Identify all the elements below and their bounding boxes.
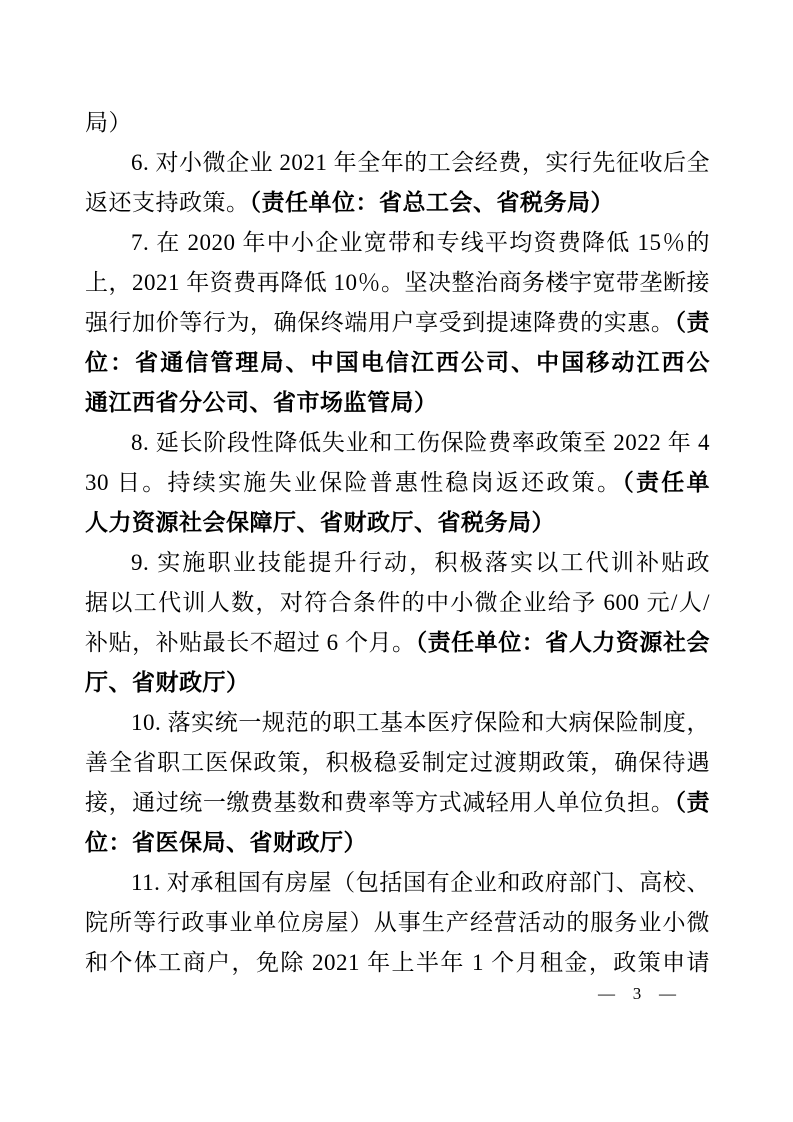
document-line: 人力资源社会保障厅、省财政厅、省税务局） <box>85 503 710 543</box>
text-segment: 11. 对承租国有房屋（包括国有企业和政府部门、高校、研究 <box>85 870 710 903</box>
document-line: 和个体工商户，免除 2021 年上半年 1 个月租金，政策申请截至 <box>85 943 710 983</box>
text-segment: 和个体工商户，免除 2021 年上半年 1 个月租金，政策申请截至 <box>85 950 710 983</box>
text-segment: （责任单位：省总工会、省税务局） <box>250 190 615 215</box>
document-line: 8. 延长阶段性降低失业和工伤保险费率政策至 2022 年 4 月 <box>85 423 710 463</box>
text-segment: 位：省医保局、省财政厅） <box>85 830 367 855</box>
document-line: 6. 对小微企业 2021 年全年的工会经费，实行先征收后全额 <box>85 143 710 183</box>
document-line: 9. 实施职业技能提升行动，积极落实以工代训补贴政策，根 <box>85 543 710 583</box>
document-line: 据以工代训人数，对符合条件的中小微企业给予 600 元/人/月的 <box>85 583 710 623</box>
document-line: 强行加价等行为，确保终端用户享受到提速降费的实惠。（责任单 <box>85 303 710 343</box>
document-line: 院所等行政事业单位房屋）从事生产经营活动的服务业小微企业 <box>85 903 710 943</box>
document-line: 接，通过统一缴费基数和费率等方式减轻用人单位负担。（责任单 <box>85 783 710 823</box>
page-number: 3 <box>633 983 642 1005</box>
text-segment: 上，2021 年资费再降低 10％。坚决整治商务楼宇宽带垄断接入、 <box>85 270 710 303</box>
text-segment: 返还支持政策。 <box>85 190 250 215</box>
document-line: 局） <box>85 103 710 143</box>
document-line: 返还支持政策。（责任单位：省总工会、省税务局） <box>85 183 710 223</box>
text-segment: 据以工代训人数，对符合条件的中小微企业给予 600 元/人/月的 <box>85 590 710 623</box>
document-line: 11. 对承租国有房屋（包括国有企业和政府部门、高校、研究 <box>85 863 710 903</box>
document-line: 位：省通信管理局、中国电信江西公司、中国移动江西公司、中国联 <box>85 343 710 383</box>
document-line: 30 日。持续实施失业保险普惠性稳岗返还政策。（责任单位：省 <box>85 463 710 503</box>
text-segment: 30 日。持续实施失业保险普惠性稳岗返还政策。 <box>85 470 622 495</box>
text-segment: 9. 实施职业技能提升行动，积极落实以工代训补贴政策，根 <box>85 550 710 583</box>
document-line: 厅、省财政厅） <box>85 663 710 703</box>
text-segment: 8. 延长阶段性降低失业和工伤保险费率政策至 2022 年 4 月 <box>85 430 710 463</box>
document-line: 善全省职工医保政策，积极稳妥制定过渡期政策，确保待遇平稳衔 <box>85 743 710 783</box>
text-segment: 接，通过统一缴费基数和费率等方式减轻用人单位负担。 <box>85 790 674 815</box>
document-line: 10. 落实统一规范的职工基本医疗保险和大病保险制度，完 <box>85 703 710 743</box>
text-segment: 善全省职工医保政策，积极稳妥制定过渡期政策，确保待遇平稳衔 <box>85 750 710 783</box>
text-segment: 人力资源社会保障厅、省财政厅、省税务局） <box>85 510 555 535</box>
text-segment: 局） <box>85 110 132 135</box>
text-segment: 7. 在 2020 年中小企业宽带和专线平均资费降低 15％的基础 <box>85 230 710 263</box>
text-segment: 6. 对小微企业 2021 年全年的工会经费，实行先征收后全额 <box>85 150 710 183</box>
document-line: 位：省医保局、省财政厅） <box>85 823 710 863</box>
text-segment: 位：省通信管理局、中国电信江西公司、中国移动江西公司、中国联 <box>85 350 710 383</box>
text-segment: 10. 落实统一规范的职工基本医疗保险和大病保险制度，完 <box>85 710 710 743</box>
document-line: 通江西省分公司、省市场监管局） <box>85 383 710 423</box>
document-line: 补贴，补贴最长不超过 6 个月。（责任单位：省人力资源社会保障 <box>85 623 710 663</box>
text-segment: 强行加价等行为，确保终端用户享受到提速降费的实惠。 <box>85 310 674 335</box>
document-page: 局）6. 对小微企业 2021 年全年的工会经费，实行先征收后全额返还支持政策。… <box>0 0 793 1122</box>
footer-dash-right: — <box>659 983 676 1005</box>
text-segment: 补贴，补贴最长不超过 6 个月。 <box>85 630 416 655</box>
document-text-block: 局）6. 对小微企业 2021 年全年的工会经费，实行先征收后全额返还支持政策。… <box>85 103 710 983</box>
text-segment: 院所等行政事业单位房屋）从事生产经营活动的服务业小微企业 <box>85 910 710 943</box>
text-segment: 通江西省分公司、省市场监管局） <box>85 390 438 415</box>
page-footer: — 3 — <box>598 983 676 1005</box>
document-line: 上，2021 年资费再降低 10％。坚决整治商务楼宇宽带垄断接入、 <box>85 263 710 303</box>
document-line: 7. 在 2020 年中小企业宽带和专线平均资费降低 15％的基础 <box>85 223 710 263</box>
text-segment: 厅、省财政厅） <box>85 670 250 695</box>
footer-dash-left: — <box>598 983 615 1005</box>
